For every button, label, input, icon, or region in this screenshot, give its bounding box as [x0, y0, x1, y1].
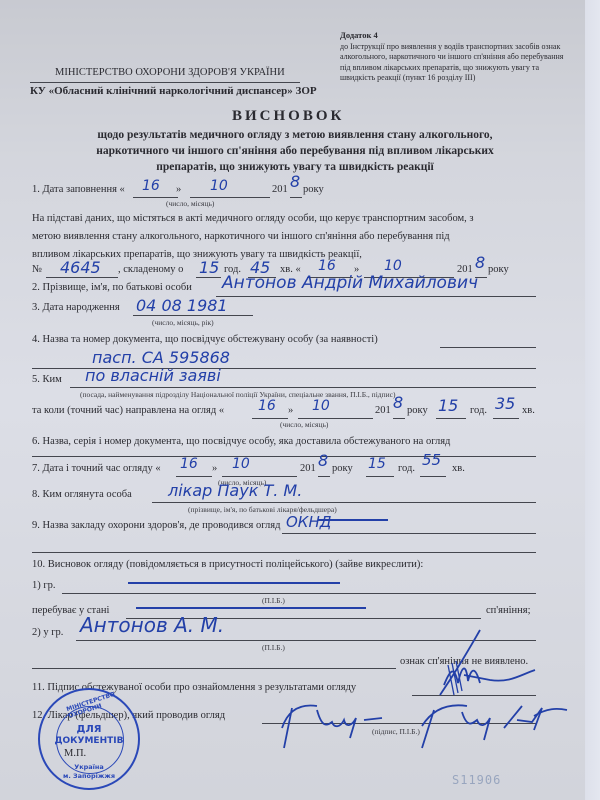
field-4-label: 4. Назва та номер документа, що посвідчу… [32, 334, 378, 345]
field-5-min-label: хв. [522, 405, 535, 416]
field-7-day[interactable]: 16 [180, 456, 198, 472]
field-3-label: 3. Дата народження [32, 302, 120, 313]
field-7-month-line [222, 476, 297, 477]
serial-number: S11906 [452, 773, 501, 787]
official-stamp: ДЛЯ ДОКУМЕНТІВ МІНІСТЕРСТВО ОХОРОНИ Укра… [38, 688, 140, 790]
act-number-label: № [32, 264, 42, 275]
field-5-hour-line [436, 418, 466, 419]
annex-title: Додаток 4 [340, 30, 378, 40]
field-1-month[interactable]: 10 [210, 178, 228, 194]
field-5-year-suffix: року [407, 405, 428, 416]
field-5-hint: (посада, найменування підрозділу Націона… [80, 390, 395, 399]
act-year-suffix: року [488, 264, 509, 275]
field-4-document[interactable]: пасп. СА 595868 [92, 348, 230, 367]
field-5-year-line [393, 418, 405, 419]
field-5-hour-label: год. [470, 405, 487, 416]
field-3-line [133, 315, 253, 316]
field-2-label: 2. Прізвище, ім'я, по батькові особи [32, 282, 192, 293]
field-1-label: 1. Дата заповнення « [32, 184, 125, 195]
stamp-bottom-line-2: м. Запоріжжя [40, 771, 138, 782]
doctor-signature [272, 698, 572, 758]
field-10-1-strikethrough [128, 582, 340, 584]
field-5-line [70, 387, 536, 388]
field-5-day[interactable]: 16 [258, 398, 276, 414]
act-day[interactable]: 16 [318, 258, 336, 274]
act-number[interactable]: 4645 [60, 258, 101, 277]
field-3-birth-date[interactable]: 04 08 1981 [136, 296, 228, 315]
stamp-center-line-2: ДОКУМЕНТІВ [40, 736, 138, 747]
organization-name: КУ «Обласний клінічний наркологічний дис… [30, 85, 317, 97]
page-edge [585, 0, 600, 800]
header-divider [30, 82, 300, 83]
annex-text: до Інструкції про виявлення у водіїв тра… [340, 42, 563, 83]
field-5-min-line [493, 418, 519, 419]
field-8-label: 8. Ким оглянута особа [32, 489, 132, 500]
field-10-1-label: 1) гр. [32, 580, 56, 591]
field-10-1-line [62, 593, 536, 594]
field-10-2-name[interactable]: Антонов А. М. [80, 613, 224, 637]
field-1-month-line [190, 197, 270, 198]
field-10-2-line-2 [32, 668, 396, 669]
act-composed-label: , складеному о [118, 264, 183, 275]
field-7-hour-line [366, 476, 394, 477]
field-9-line-2 [32, 552, 536, 553]
field-9-facility[interactable]: ОКНД [286, 513, 331, 531]
stamp-center-line-1: ДЛЯ [40, 724, 138, 735]
basis-text-1: На підставі даних, що містяться в акті м… [32, 213, 474, 224]
field-5-hour[interactable]: 15 [438, 396, 458, 415]
subject-signature [420, 625, 540, 705]
field-7-hour[interactable]: 15 [368, 456, 386, 472]
field-4-line-1 [440, 347, 536, 348]
field-9-label: 9. Назва закладу охорони здоров'я, де пр… [32, 520, 280, 531]
field-5-month-line [298, 418, 373, 419]
field-6-line [32, 456, 536, 457]
field-5-hint-day-month: (число, місяць) [280, 420, 328, 429]
field-7-minutes[interactable]: 55 [422, 451, 441, 469]
field-7-year-digit[interactable]: 8 [318, 451, 328, 470]
field-7-year-line [318, 476, 330, 477]
field-1-year-prefix: 201 [272, 184, 288, 195]
basis-text-2: метою виявлення стану алкогольного, нарк… [32, 231, 450, 242]
field-10-state-suffix: сп'яніння; [486, 605, 531, 616]
field-7-year-prefix: 201 [300, 463, 316, 474]
field-10-state-strikethrough [136, 607, 366, 609]
hint-dmy: (число, місяць, рік) [152, 318, 214, 327]
field-2-line [216, 296, 536, 297]
field-1-year-suffix: року [303, 184, 324, 195]
field-5-day-line [252, 418, 288, 419]
field-7-min-label: хв. [452, 463, 465, 474]
field-2-full-name[interactable]: Антонов Андрій Михайлович [222, 273, 478, 293]
field-7-label: 7. Дата і точний час огляду « [32, 463, 161, 474]
field-1-year-digit[interactable]: 8 [290, 172, 300, 191]
field-7-hour-label: год. [398, 463, 415, 474]
field-1-year-line [290, 197, 302, 198]
field-1-day[interactable]: 16 [142, 178, 160, 194]
act-hour-line [196, 277, 221, 278]
field-9-line [282, 533, 536, 534]
hint-day-month: (число, місяць) [166, 199, 214, 208]
field-8-line [152, 502, 536, 503]
field-5-month[interactable]: 10 [312, 398, 330, 414]
annex-block: Додаток 4 до Інструкції про виявлення у … [340, 30, 565, 84]
field-5-minutes[interactable]: 35 [495, 394, 515, 413]
act-number-line [46, 277, 118, 278]
field-5-year-digit[interactable]: 8 [393, 393, 403, 412]
field-7-min-line [420, 476, 446, 477]
act-month[interactable]: 10 [384, 258, 402, 274]
field-10-2-label: 2) у гр. [32, 627, 63, 638]
field-10-1-hint: (П.І.Б.) [262, 596, 285, 605]
field-10-label: 10. Висновок огляду (повідомляється в пр… [32, 559, 423, 570]
act-year-digit[interactable]: 8 [475, 253, 485, 272]
act-hour[interactable]: 15 [199, 258, 219, 277]
field-6-label: 6. Назва, серія і номер документа, що по… [32, 436, 450, 447]
field-5-when-label: та коли (точний час) направлена на огляд… [32, 405, 224, 416]
field-9-ink-stroke [318, 519, 388, 521]
document-title: ВИСНОВОК [232, 108, 344, 125]
field-5-year-prefix: 201 [375, 405, 391, 416]
document-subtitle: щодо результатів медичного огляду з мето… [85, 127, 505, 175]
field-7-day-line [176, 476, 212, 477]
ministry-name: МІНІСТЕРСТВО ОХОРОНИ ЗДОРОВ'Я УКРАЇНИ [55, 67, 275, 78]
field-7-month[interactable]: 10 [232, 456, 250, 472]
field-1-day-line [133, 197, 178, 198]
field-5-label: 5. Ким [32, 374, 62, 385]
field-5-referred-by[interactable]: по власній заяві [85, 366, 221, 385]
field-7-year-suffix: року [332, 463, 353, 474]
field-8-examiner[interactable]: лікар Паук Т. М. [168, 481, 302, 500]
field-10-2-hint: (П.І.Б.) [262, 643, 285, 652]
